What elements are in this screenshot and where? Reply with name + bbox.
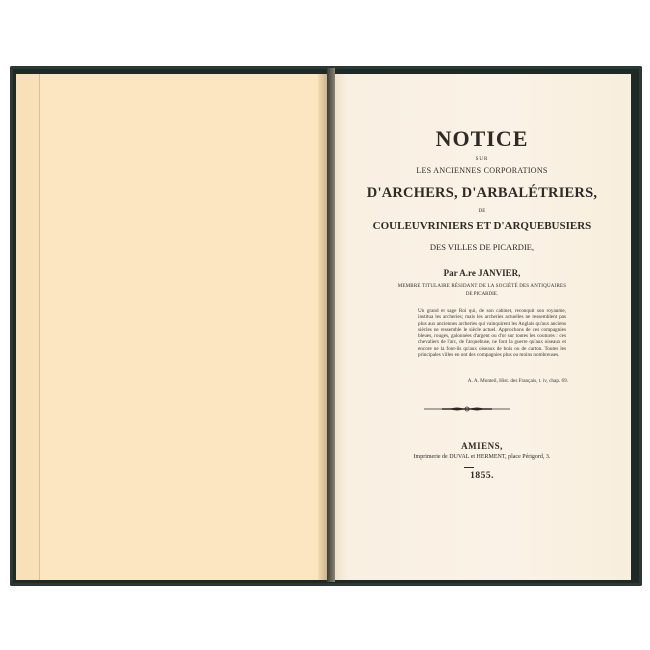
subtitle-line-2: D'ARCHERS, D'ARBALÉTRIERS, bbox=[333, 185, 631, 202]
title: NOTICE bbox=[333, 126, 631, 152]
subtitle-sur: SUR bbox=[333, 157, 631, 162]
left-flyleaf-edge bbox=[16, 74, 40, 580]
subtitle-line-1: LES ANCIENNES CORPORATIONS bbox=[333, 166, 631, 175]
subtitle-line-4: DES VILLES DE PICARDIE, bbox=[333, 242, 631, 252]
author-affiliation-2: DE PICARDIE. bbox=[333, 292, 631, 297]
left-gutter bbox=[318, 74, 327, 580]
left-endpaper bbox=[16, 74, 327, 580]
divider bbox=[464, 467, 474, 468]
author-affiliation: MEMBRE TITULAIRE RÉSIDANT DE LA SOCIÉTÉ … bbox=[333, 284, 631, 289]
imprint-year: 1855. bbox=[333, 471, 631, 481]
imprint-printer: Imprimerie de DUVAL et HERMENT, place Pé… bbox=[333, 454, 631, 460]
subtitle-de: DE bbox=[333, 209, 631, 214]
ornament-rule-icon bbox=[424, 406, 510, 412]
epigraph-source: A. A. Monteil, Hist. des Français, t. iv… bbox=[418, 378, 568, 384]
imprint-city: AMIENS, bbox=[333, 441, 631, 451]
subtitle-line-3: COULEUVRINIERS ET D'ARQUEBUSIERS bbox=[333, 220, 631, 232]
author: Par A.re JANVIER, bbox=[333, 268, 631, 278]
epigraph: Un grand et sage Roi qui, de son cabinet… bbox=[418, 308, 566, 358]
